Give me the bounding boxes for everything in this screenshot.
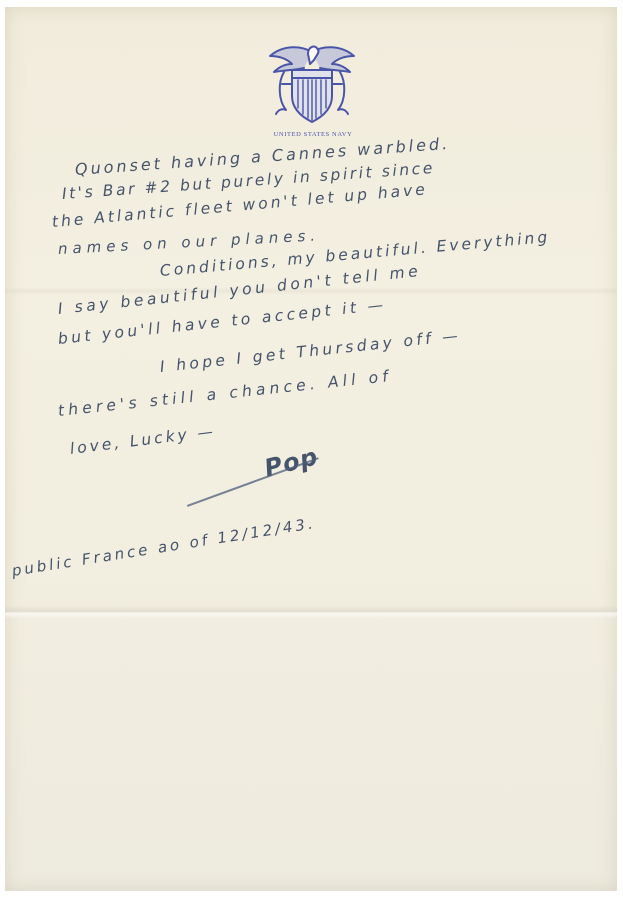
fold-crease-lower [5, 605, 617, 619]
navy-eagle-shield-crest-icon [262, 38, 362, 130]
letterhead-caption: UNITED STATES NAVY [250, 131, 376, 138]
